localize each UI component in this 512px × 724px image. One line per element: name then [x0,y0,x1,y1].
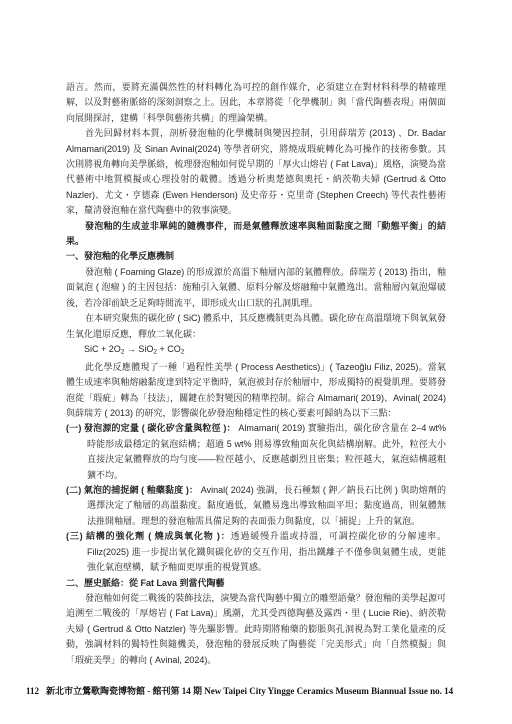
equation-term: → SiO [124,344,153,354]
list-item-2: (二) 氣泡的捕捉網 ( 釉藥黏度 )： Avinal( 2024) 強調，長石… [66,483,446,529]
section-heading-1: 一、發泡釉的化學反應機制 [66,249,446,264]
paragraph-mechanism: 發泡釉 ( Foaming Glaze) 的形成源於高溫下釉層內部的氣體釋放。薛… [66,265,446,311]
list-item-3: (三) 結構的強化劑 ( 燒成與氧化物 )：透過緩慢升溫或持溫，可調控碳化矽的分… [66,529,446,575]
equation-subscript: 2 [181,348,185,355]
journal-page: 語言。然而，要將充滿偶然性的材料轉化為可控的創作媒介，必須建立在對材料科學的精確… [0,0,512,724]
list-item-1: (一) 發泡源的定量 ( 碳化矽含量與粒徑 )： Almamari( 2019)… [66,421,446,483]
article-body: 語言。然而，要將充滿偶然性的材料轉化為可控的創作媒介，必須建立在對材料科學的精確… [66,80,446,668]
paragraph-overview: 首先回歸材料本質，剖析發泡釉的化學機制與變因控制，引用薛瑞芳 (2013) 、D… [66,126,446,218]
page-number: 112 [26,686,39,696]
chemical-equation: SiC + 2O2 → SiO2 + CO2 [66,342,446,360]
equation-term: SiC + 2O [84,344,121,354]
list-item-3-label: (三) 結構的強化劑 ( 燒成與氧化物 )： [66,531,231,541]
list-item-1-label: (一) 發泡源的定量 ( 碳化矽含量與粒徑 )： [66,423,236,433]
paragraph-process-aesthetics: 此化學反應體現了一種「過程性美學 ( Process Aesthetics)」(… [66,360,446,422]
list-item-2-label: (二) 氣泡的捕捉網 ( 釉藥黏度 )： [66,485,198,495]
paragraph-sic-system: 在本研究聚焦的碳化矽 ( SiC) 體系中，其反應機制更為具體。碳化矽在高溫環境… [66,311,446,342]
footer-journal-title: 新北市立鶯歌陶瓷博物館 - 館刊第 14 期 New Taipei City Y… [46,686,453,696]
paragraph-intro-continuation: 語言。然而，要將充滿偶然性的材料轉化為可控的創作媒介，必須建立在對材料科學的精確… [66,80,446,126]
equation-term: + CO [157,344,181,354]
section-heading-2: 二、歷史脈絡：從 Fat Lava 到當代陶藝 [66,576,446,591]
paragraph-history: 發泡釉如何從二戰後的裝飾技法，演變為當代陶藝中獨立的雕塑語彙？發泡釉的美學起源可… [66,591,446,668]
paragraph-thesis: 發泡釉的生成並非單純的隨機事件，而是氣體釋放速率與釉面黏度之間「動態平衡」的結果… [66,219,446,250]
page-footer: 112新北市立鶯歌陶瓷博物館 - 館刊第 14 期 New Taipei Cit… [26,684,496,697]
